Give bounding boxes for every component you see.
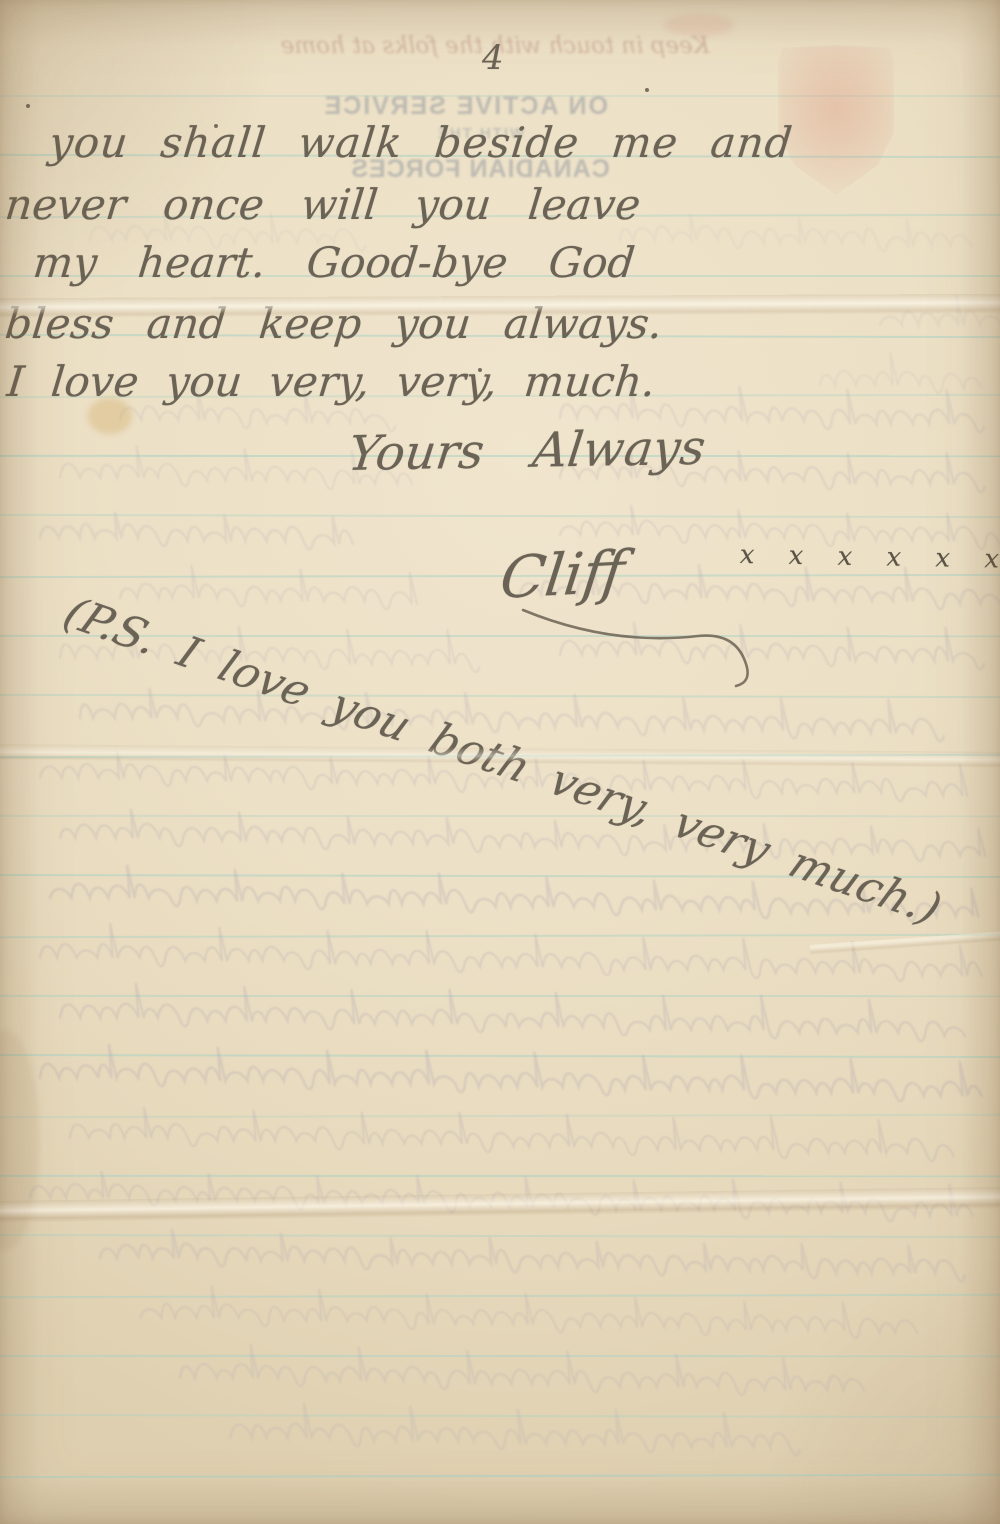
ruled-line: [0, 1175, 1000, 1177]
ruled-line: [0, 514, 1000, 518]
ruled-line: [0, 1474, 1000, 1478]
body-line-2: never once will you leave: [3, 180, 643, 229]
fold-crease: [0, 1187, 1000, 1223]
signature-underline-flourish: [440, 588, 800, 708]
paper-stain: [0, 1030, 40, 1250]
body-line-1: you shall walk beside me and: [47, 118, 795, 167]
letter-page: Keep in touch with the folks at home ON …: [0, 0, 1000, 1524]
ruled-line: [0, 1234, 1000, 1238]
crest-shield-bleedthrough: [778, 45, 894, 195]
kisses-x-marks: x x x x x x: [739, 540, 1000, 575]
body-line-5: I love you very, very, much.: [5, 357, 658, 406]
page-number: 4: [482, 38, 504, 78]
ink-speck: [645, 88, 649, 92]
closing-yours-always: Yours Always: [345, 420, 708, 482]
ruled-line: [0, 1054, 1000, 1058]
ruled-line: [0, 815, 1000, 817]
letterhead-on-active-service-mirrored: ON ACTIVE SERVICE: [352, 92, 608, 121]
ruled-line: [0, 1294, 1000, 1298]
body-line-3: my heart. Good-bye God: [31, 238, 637, 287]
ruled-line: [0, 995, 1000, 997]
ink-speck: [26, 104, 30, 108]
ruled-line: [0, 1114, 1000, 1118]
ruled-line: [0, 934, 1000, 938]
paper-stain: [664, 14, 734, 36]
fold-crease: [810, 931, 1000, 955]
ruled-line: [0, 1414, 1000, 1418]
body-line-4: bless and keep you always.: [3, 299, 665, 348]
ruled-line: [0, 1355, 1000, 1357]
